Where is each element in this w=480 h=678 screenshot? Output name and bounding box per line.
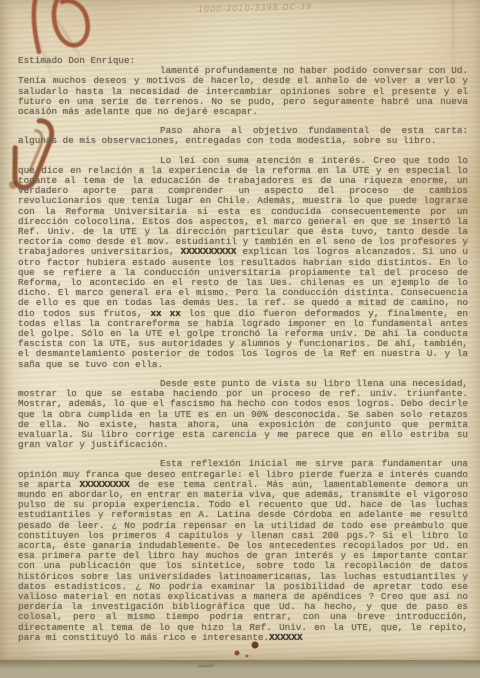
letter-paragraph: lamenté profundamente no haber podido co…: [18, 66, 468, 117]
paragraph-text: los que dio fueron deformados y, finalme…: [18, 308, 468, 370]
paragraph-text: Paso ahora al objetivo fundamental de es…: [18, 125, 468, 146]
typed-over-correction: XXXXXX: [269, 632, 302, 643]
letter-body: Estimado Don Enrique: lamenté profundame…: [18, 56, 468, 643]
letter-paragraph: Esta reflexión inicial me sirve para fun…: [18, 459, 468, 643]
paragraph-text: Desde este punto de vista su libro llena…: [18, 378, 468, 450]
letter-paragraph: Desde este punto de vista su libro llena…: [18, 379, 468, 450]
red-crayon-mark: [24, 0, 104, 58]
paragraph-text: de ese tema central. Más aún, lamentable…: [18, 479, 468, 643]
scanned-letter-page: { "letter": { "archival_note": "1000-201…: [0, 0, 480, 678]
letter-paragraph: Lo leí con suma atención e interés. Creo…: [18, 156, 468, 370]
letter-paper-sheet: 1000-2010-3398.DC-39 Estimado Don Enriqu…: [0, 0, 480, 663]
archival-code-note: 1000-2010-3398.DC-39: [198, 1, 348, 14]
paragraph-text: Lo leí con suma atención e interés. Creo…: [18, 155, 468, 258]
paper-edge-shadow: [0, 660, 480, 669]
paragraph-text: lamenté profundamente no haber podido co…: [18, 65, 468, 117]
letter-paragraph: Paso ahora al objetivo fundamental de es…: [18, 126, 468, 146]
